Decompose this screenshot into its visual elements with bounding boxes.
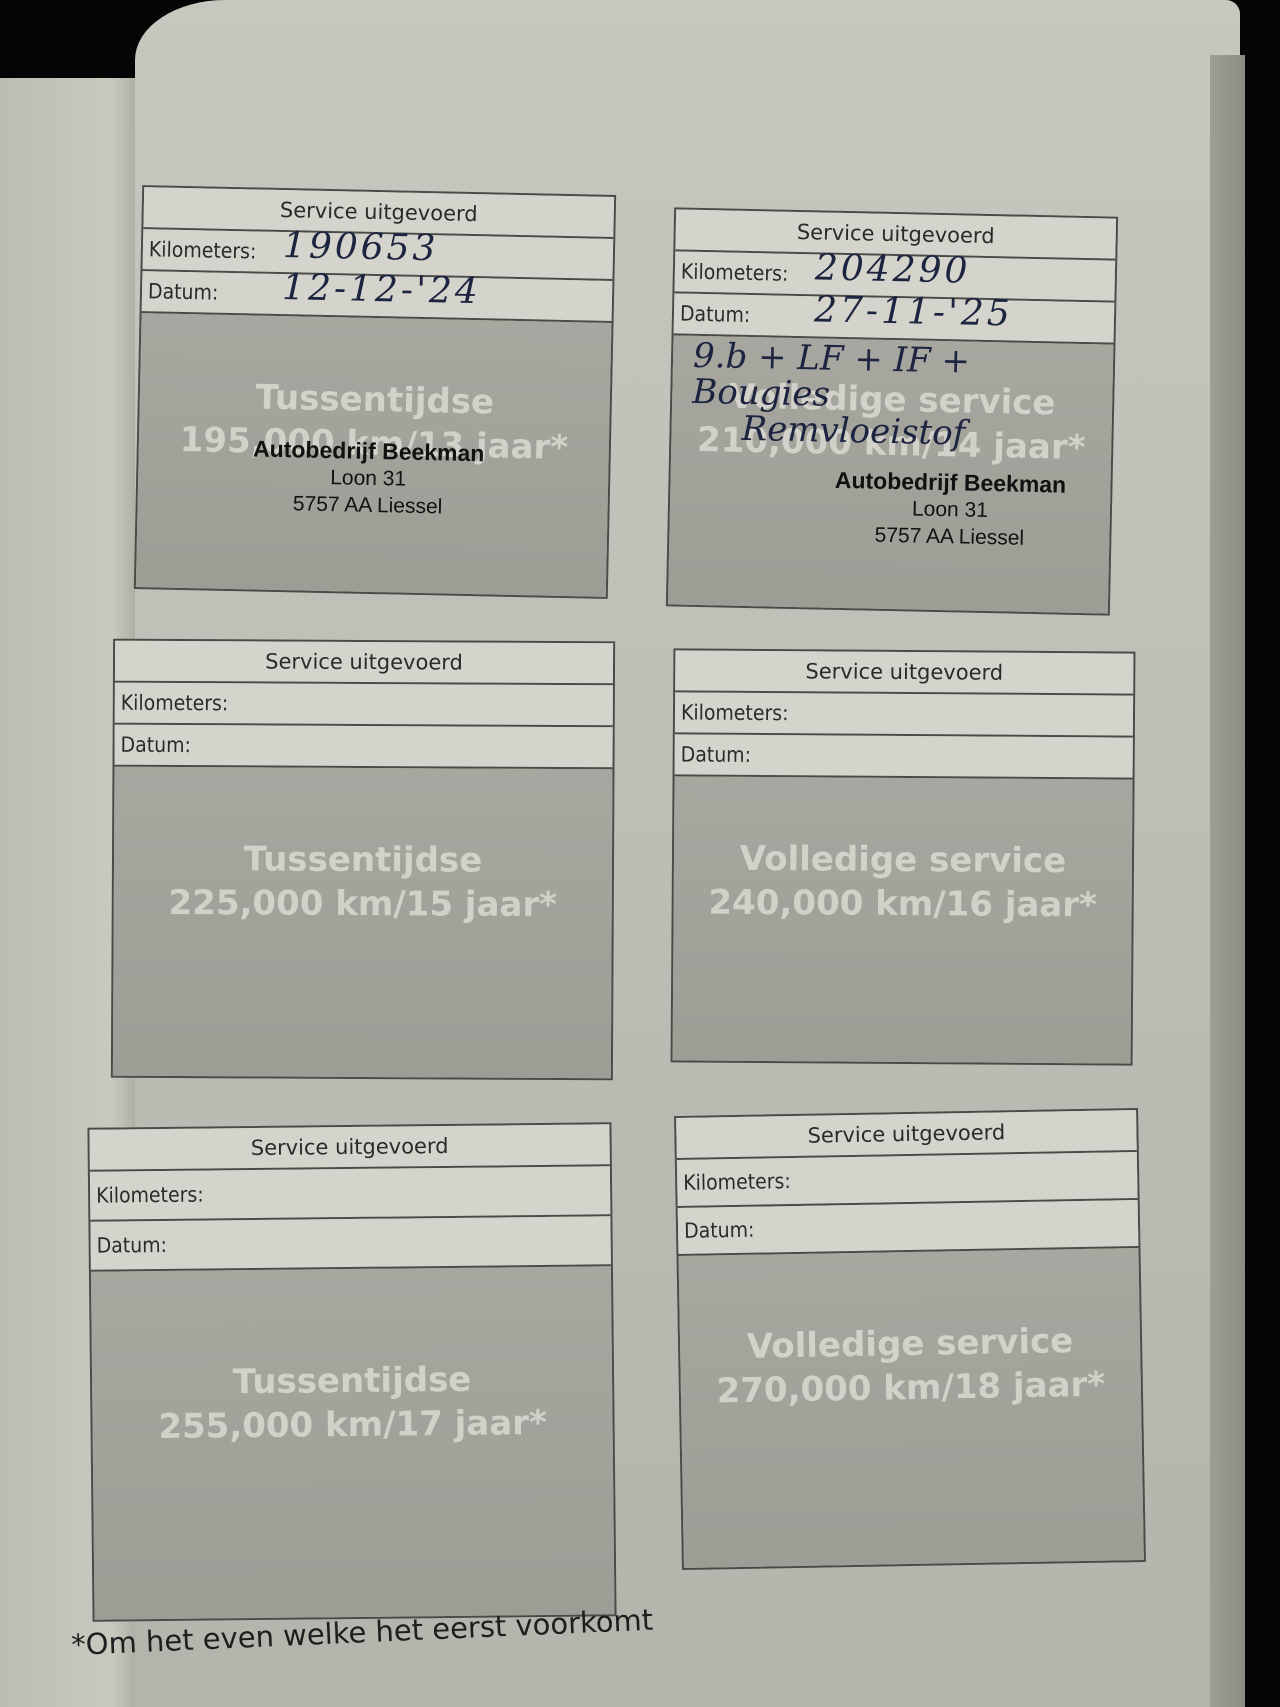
service-card-3: Service uitgevoerd Kilometers: Datum: Tu…	[111, 639, 615, 1081]
note-line-1: 9.b + LF + IF + Bougies	[692, 338, 1113, 419]
date-row: Datum:	[90, 1216, 610, 1271]
date-label: Datum:	[684, 1218, 755, 1243]
service-card-4: Service uitgevoerd Kilometers: Datum: Vo…	[671, 648, 1136, 1065]
card-title: Service uitgevoerd	[89, 1124, 609, 1171]
kilometers-row: Kilometers:	[675, 692, 1133, 737]
kilometers-label: Kilometers:	[149, 237, 257, 263]
milestone-panel: Volledige service 270,000 km/18 jaar*	[679, 1248, 1144, 1568]
service-card-6: Service uitgevoerd Kilometers: Datum: Vo…	[674, 1108, 1146, 1570]
kilometers-label: Kilometers:	[681, 260, 789, 286]
handwritten-note: 9.b + LF + IF + Bougies Remvloeistof	[691, 338, 1113, 455]
date-label: Datum:	[680, 302, 751, 327]
milestone-text: Volledige service 270,000 km/18 jaar*	[680, 1318, 1141, 1414]
milestone-panel: Tussentijdse 225,000 km/15 jaar*	[113, 767, 613, 1079]
page-edge	[1210, 55, 1245, 1707]
milestone-type: Volledige service	[674, 836, 1132, 883]
kilometers-label: Kilometers:	[96, 1183, 204, 1208]
milestone-interval: 225,000 km/15 jaar*	[114, 881, 612, 928]
date-label: Datum:	[148, 279, 219, 304]
milestone-type: Tussentijdse	[92, 1356, 612, 1405]
kilometers-value: 204290	[815, 248, 971, 291]
date-row: Datum:	[678, 1200, 1139, 1256]
dealer-city: 5757 AA Liessel	[217, 489, 517, 522]
dealer-stamp: Autobedrijf Beekman Loon 31 5757 AA Lies…	[799, 466, 1101, 553]
milestone-interval: 240,000 km/16 jaar*	[674, 880, 1132, 927]
kilometers-row: Kilometers:	[90, 1166, 610, 1221]
milestone-text: Tussentijdse 255,000 km/17 jaar*	[92, 1356, 613, 1449]
card-title: Service uitgevoerd	[115, 641, 613, 686]
kilometers-label: Kilometers:	[121, 691, 229, 716]
date-row: Datum:	[675, 734, 1133, 779]
kilometers-row: Kilometers:	[677, 1152, 1138, 1208]
kilometers-label: Kilometers:	[681, 700, 789, 725]
service-card-2: Service uitgevoerd Kilometers: 204290 Da…	[666, 207, 1118, 615]
milestone-interval: 255,000 km/17 jaar*	[92, 1400, 612, 1449]
kilometers-label: Kilometers:	[683, 1169, 791, 1195]
date-label: Datum:	[681, 742, 751, 766]
card-title: Service uitgevoerd	[675, 650, 1133, 695]
milestone-text: Volledige service 240,000 km/16 jaar*	[674, 836, 1133, 927]
service-card-1: Service uitgevoerd Kilometers: 190653 Da…	[134, 185, 616, 599]
date-row: Datum:	[114, 725, 612, 770]
note-line-2: Remvloeistof	[691, 410, 1112, 455]
kilometers-row: Kilometers:	[115, 683, 613, 728]
milestone-text: Tussentijdse 225,000 km/15 jaar*	[114, 837, 612, 928]
milestone-panel: Volledige service 240,000 km/16 jaar*	[673, 776, 1133, 1063]
milestone-type: Tussentijdse	[114, 837, 612, 884]
milestone-panel: Tussentijdse 255,000 km/17 jaar*	[91, 1266, 615, 1619]
date-value: 12-12-'24	[282, 268, 481, 312]
milestone-panel: Tussentijdse 195,000 km/13 jaar* Autobed…	[136, 313, 612, 597]
service-card-5: Service uitgevoerd Kilometers: Datum: Tu…	[87, 1122, 616, 1621]
date-label: Datum:	[97, 1233, 168, 1258]
date-label: Datum:	[121, 733, 191, 757]
milestone-panel: Volledige service 210,000 km/14 jaar* 9.…	[668, 335, 1114, 613]
dealer-stamp: Autobedrijf Beekman Loon 31 5757 AA Lies…	[217, 435, 519, 522]
dealer-city: 5757 AA Liessel	[799, 520, 1099, 553]
kilometers-value: 190653	[283, 226, 439, 269]
milestone-interval: 270,000 km/18 jaar*	[681, 1362, 1142, 1414]
date-value: 27-11-'25	[814, 290, 1013, 334]
